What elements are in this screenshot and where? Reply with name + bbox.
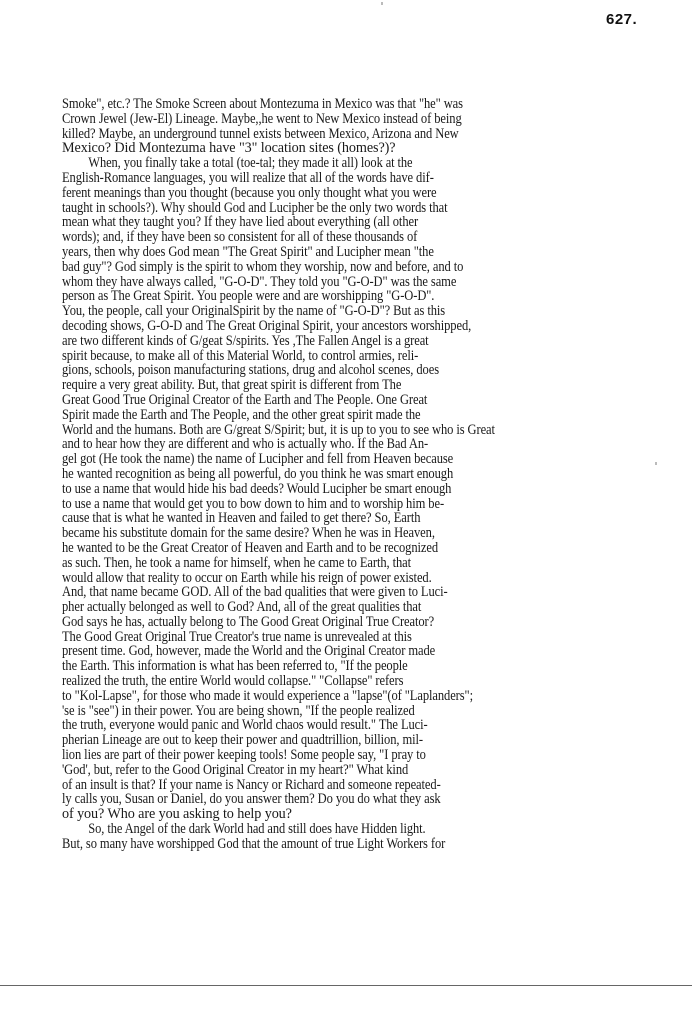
text-line: So, the Angel of the dark World had and … [62,822,623,837]
text-line: English-Romance languages, you will real… [62,171,627,186]
text-line: bad guy"? God simply is the spirit to wh… [62,260,627,275]
text-line: he wanted to be the Great Creator of Hea… [62,541,627,556]
text-line: God says he has, actually belong to The … [62,615,627,630]
text-line: Spirit made the Earth and The People, an… [62,408,627,423]
text-line: years, then why does God mean "The Great… [62,245,627,260]
text-line: pher actually belonged as well to God? A… [62,600,627,615]
text-line: are two different kinds of G/geat S/spir… [62,334,627,349]
text-line: present time. God, however, made the Wor… [62,644,627,659]
text-line: decoding shows, G-O-D and The Great Orig… [62,319,627,334]
text-line: he wanted recognition as being all power… [62,467,627,482]
text-line: gions, schools, poison manufacturing sta… [62,363,627,378]
scan-speck [381,2,383,5]
text-line: the truth, everyone would panic and Worl… [62,718,627,733]
text-line: the Earth. This information is what has … [62,659,627,674]
text-line: But, so many have worshipped God that th… [62,837,627,852]
text-line: person as The Great Spirit. You people w… [62,289,627,304]
text-line: words); and, if they have been so consis… [62,230,627,245]
text-line: And, that name became GOD. All of the ba… [62,585,627,600]
text-line: as such. Then, he took a name for himsel… [62,556,627,571]
page-number: 627. [606,11,637,28]
text-line: You, the people, call your OriginalSpiri… [62,304,627,319]
text-line: 'God', but, refer to the Good Original C… [62,763,627,778]
bottom-rule [0,985,692,986]
text-line: Crown Jewel (Jew-El) Lineage. Maybe,,he … [62,112,627,127]
text-line: World and the humans. Both are G/great S… [62,423,627,438]
text-line: to use a name that would get you to bow … [62,497,627,512]
text-line: ly calls you, Susan or Daniel, do you an… [62,792,627,807]
text-line: and to hear how they are different and w… [62,437,627,452]
text-line: gel got (He took the name) the name of L… [62,452,627,467]
text-line: mean what they taught you? If they have … [62,215,627,230]
text-line: became his substitute domain for the sam… [62,526,627,541]
text-line: of you? Who are you asking to help you? [62,807,692,822]
text-line: require a very great ability. But, that … [62,378,627,393]
text-line: lion lies are part of their power keepin… [62,748,627,763]
scan-speck [655,462,657,465]
text-line: 'se is "see") in their power. You are be… [62,704,627,719]
text-line: of an insult is that? If your name is Na… [62,778,627,793]
text-line: taught in schools?). Why should God and … [62,201,627,216]
text-line: cause that is what he wanted in Heaven a… [62,511,627,526]
text-line: to use a name that would hide his bad de… [62,482,627,497]
document-body: Smoke", etc.? The Smoke Screen about Mon… [62,97,692,852]
text-line: When, you finally take a total (toe-tal;… [62,156,623,171]
text-line: pherian Lineage are out to keep their po… [62,733,627,748]
text-line: realized the truth, the entire World wou… [62,674,627,689]
text-line: The Good Great Original True Creator's t… [62,630,627,645]
text-line: killed? Maybe, an underground tunnel exi… [62,127,627,142]
text-line: Mexico? Did Montezuma have "3" location … [62,141,692,156]
text-line: Great Good True Original Creator of the … [62,393,627,408]
text-line: spirit because, to make all of this Mate… [62,349,627,364]
text-line: Smoke", etc.? The Smoke Screen about Mon… [62,97,627,112]
text-line: would allow that reality to occur on Ear… [62,571,627,586]
text-line: whom they have always called, "G-O-D". T… [62,275,627,290]
text-line: to "Kol-Lapse", for those who made it wo… [62,689,627,704]
text-line: ferent meanings than you thought (becaus… [62,186,627,201]
